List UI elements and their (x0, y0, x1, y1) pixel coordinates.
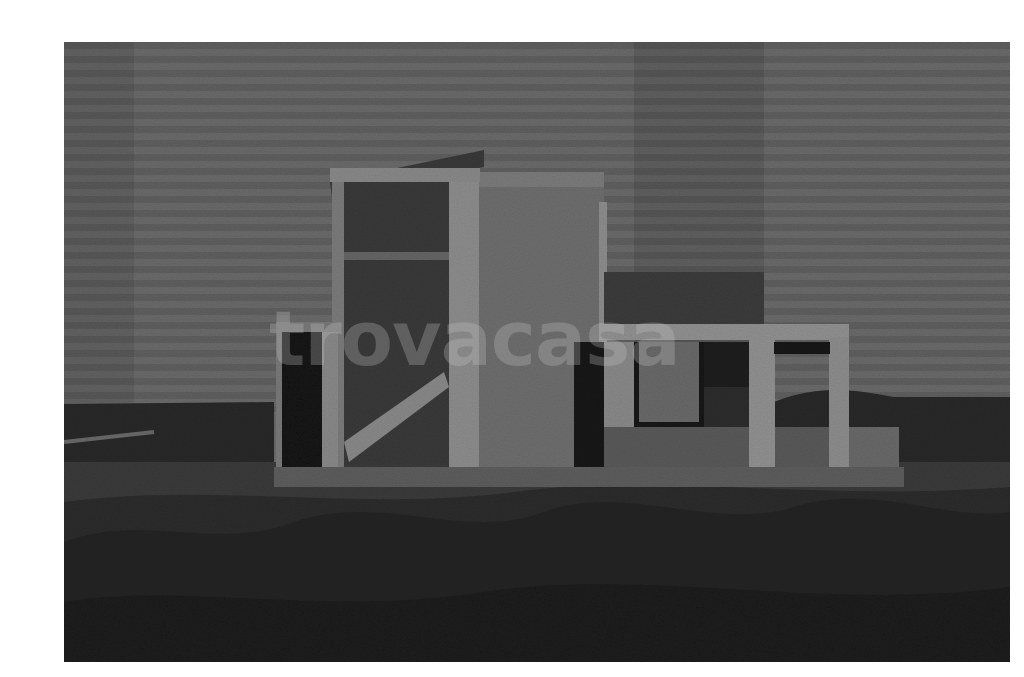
property-photo: trovacasa (64, 42, 1010, 662)
watermark-text: trovacasa (269, 294, 680, 383)
